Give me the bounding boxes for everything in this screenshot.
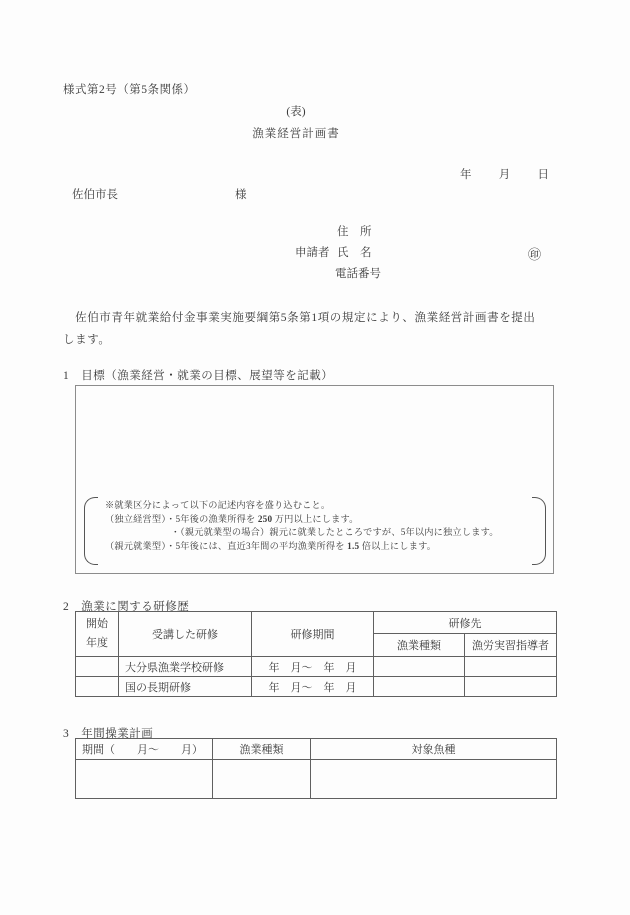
note-line4-amount: 1.5 [347,541,359,551]
cell-start-year [76,677,119,697]
name-label: 氏 名 [337,243,372,264]
note-line1: ※就業区分によって以下の記述内容を盛り込むこと。 [105,500,330,510]
cell-fishery-type [374,677,465,697]
body-paragraph-line1: 佐伯市青年就業給付金事業実施要綱第5条第1項の規定により、漁業経営計画書を提出 [63,309,583,325]
table-row [76,760,557,799]
note-line2-amount: 250 [258,514,272,524]
col-header-instructor: 漁労実習指導者 [465,634,557,657]
cell-target-fish [311,760,557,799]
cell-instructor [465,677,557,697]
front-side-label: (表) [0,103,592,119]
annual-operation-plan-table: 期間（ 月～ 月） 漁業種類 対象魚種 [75,738,557,799]
section1-heading: 1 目標（漁業経営・就業の目標、展望等を記載） [63,367,333,383]
col-header-period: 研修期間 [252,612,374,657]
cell-operation-period [76,760,213,799]
col-header-target-fish: 対象魚種 [311,739,557,760]
addressee: 佐伯市長 [72,189,118,201]
goal-note: ※就業区分によって以下の記述内容を盛り込むこと。（独立経営型）・5年後の漁業所得… [84,495,546,567]
training-history-table: 開始 年度 受講した研修 研修期間 研修先 漁業種類 漁労実習指導者 大分県漁業… [75,611,557,697]
note-line2-end: 万円以上にします。 [272,514,358,524]
address-label: 住 所 [337,222,372,243]
applicant-block: 住 所 申請者 氏 名 ㊞ 電話番号 [295,222,585,285]
cell-start-year [76,657,119,677]
cell-fishery-type [213,760,311,799]
right-bracket-icon [532,497,546,565]
applicant-phone-row: 電話番号 [295,264,585,285]
goal-note-text: ※就業区分によって以下の記述内容を盛り込むこと。（独立経営型）・5年後の漁業所得… [105,499,499,553]
applicant-name-row: 申請者 氏 名 ㊞ [295,243,585,264]
document-title: 漁業経営計画書 [0,125,592,141]
table-row: 国の長期研修 年 月～ 年 月 [76,677,557,697]
note-line4: （親元就業型）・5年後には、直近3年間の平均漁業所得を [105,541,347,551]
note-line4-end: 倍以上にします。 [359,541,436,551]
body-paragraph-line2: します。 [63,331,583,347]
applicant-address-row: 住 所 [295,222,585,243]
cell-fishery-type [374,657,465,677]
month-label: 月 [499,166,511,182]
phone-label: 電話番号 [335,264,381,285]
note-line2: （独立経営型）・5年後の漁業所得を [105,514,258,524]
col-header-destination: 研修先 [374,612,557,634]
col-header-operation-period: 期間（ 月～ 月） [76,739,213,760]
year-label: 年 [460,166,472,182]
form-number: 様式第2号（第5条関係） [63,81,196,97]
applicant-label: 申請者 [295,243,330,264]
honorific: 様 [235,186,247,202]
table-row: 大分県漁業学校研修 年 月～ 年 月 [76,657,557,677]
cell-training: 国の長期研修 [119,677,252,697]
document-page: 様式第2号（第5条関係） (表) 漁業経営計画書 年 月 日 佐伯市長 様 住 … [0,0,630,915]
addressee-line: 佐伯市長 様 [72,186,332,202]
date-line: 年 月 日 [460,166,549,182]
col-header-start-year: 開始 年度 [76,612,119,657]
cell-period: 年 月～ 年 月 [252,657,374,677]
cell-instructor [465,657,557,677]
cell-period: 年 月～ 年 月 [252,677,374,697]
seal-icon: ㊞ [528,244,541,265]
note-line3: ・（親元就業型の場合）親元に就業したところですが、5年以内に独立します。 [105,527,499,537]
cell-training: 大分県漁業学校研修 [119,657,252,677]
col-header-fishery-type: 漁業種類 [213,739,311,760]
day-label: 日 [538,166,550,182]
left-bracket-icon [84,497,98,565]
col-header-fishery-type: 漁業種類 [374,634,465,657]
col-header-training: 受講した研修 [119,612,252,657]
